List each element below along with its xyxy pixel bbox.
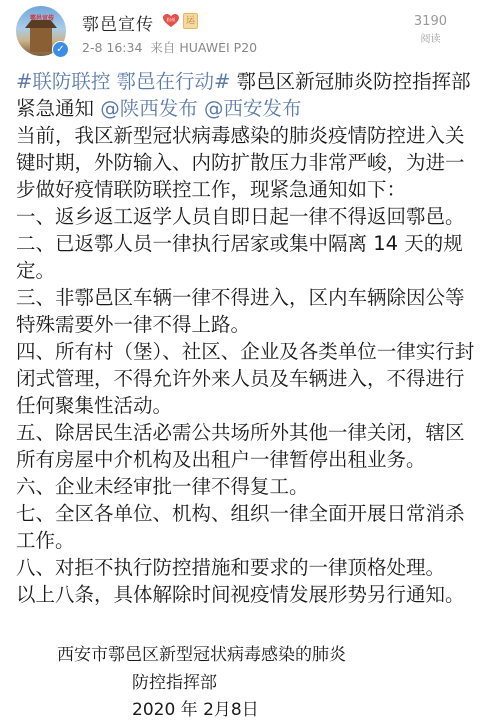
intro-paragraph: 当前，我区新型冠状病毒感染的肺炎疫情防控进入关键时期，外防输入、内防扩散压力非常… [16, 122, 481, 203]
svg-text:粉丝: 粉丝 [167, 17, 176, 24]
post-source: 来自 HUAWEI P20 [150, 40, 257, 55]
post-meta: 2-8 16:34 来自 HUAWEI P20 [82, 38, 257, 56]
read-count-label: 阅读 [414, 30, 447, 45]
notice-item-2: 二、已返鄠人员一律执行居家或集中隔离 14 天的规定。 [16, 230, 481, 284]
signature-date: 2020 年 2月8日 [132, 695, 259, 720]
signature-org: 西安市鄠邑区新型冠状病毒感染的肺炎 [57, 640, 346, 665]
notice-item-4: 四、所有村（堡）、社区、企业及各类单位一律实行封闭式管理，不得允许外来人员及车辆… [16, 338, 481, 419]
post-header: 鄠邑宣传 ✓ 鄠邑宣传 粉丝 运 2-8 16:34 来自 HUAWEI P20… [0, 0, 489, 62]
closing-paragraph: 以上八条，具体解除时间视疫情发展形势另行通知。 [16, 581, 481, 608]
post-headline: #联防联控 鄠邑在行动# 鄠邑区新冠肺炎防控指挥部紧急通知 @陕西发布 @西安发… [16, 68, 481, 122]
signature-dept: 防控指挥部 [132, 668, 217, 693]
tower-body-icon [30, 28, 52, 52]
username[interactable]: 鄠邑宣传 [82, 10, 154, 35]
notice-item-7: 七、全区各单位、机构、组织一律全面开展日常消杀工作。 [16, 500, 481, 554]
notice-item-6: 六、企业未经审批一律不得复工。 [16, 473, 481, 500]
mention-shaanxi[interactable]: @陕西发布 [100, 97, 198, 120]
notice-item-5: 五、除居民生活必需公共场所外其他一律关闭，辖区所有房屋中介机构及出租户一律暂停出… [16, 419, 481, 473]
yun-badge-icon[interactable]: 运 [183, 13, 198, 29]
timestamp: 2-8 16:34 [82, 40, 142, 55]
mention-xian[interactable]: @西安发布 [204, 97, 302, 120]
notice-item-8: 八、对拒不执行防控措施和要求的一律顶格处理。 [16, 554, 481, 581]
heart-fan-badge-icon[interactable]: 粉丝 [163, 14, 179, 28]
post-body: #联防联控 鄠邑在行动# 鄠邑区新冠肺炎防控指挥部紧急通知 @陕西发布 @西安发… [16, 68, 481, 608]
notice-item-1: 一、返乡返工返学人员自即日起一律不得返回鄠邑。 [16, 203, 481, 230]
read-count: 3190 阅读 [414, 14, 447, 45]
hashtag-link[interactable]: #联防联控 鄠邑在行动# [16, 70, 230, 93]
read-count-value: 3190 [414, 14, 447, 29]
verified-icon: ✓ [52, 41, 69, 58]
notice-item-3: 三、非鄠邑区车辆一律不得进入，区内车辆除因公等特殊需要外一律不得上路。 [16, 284, 481, 338]
